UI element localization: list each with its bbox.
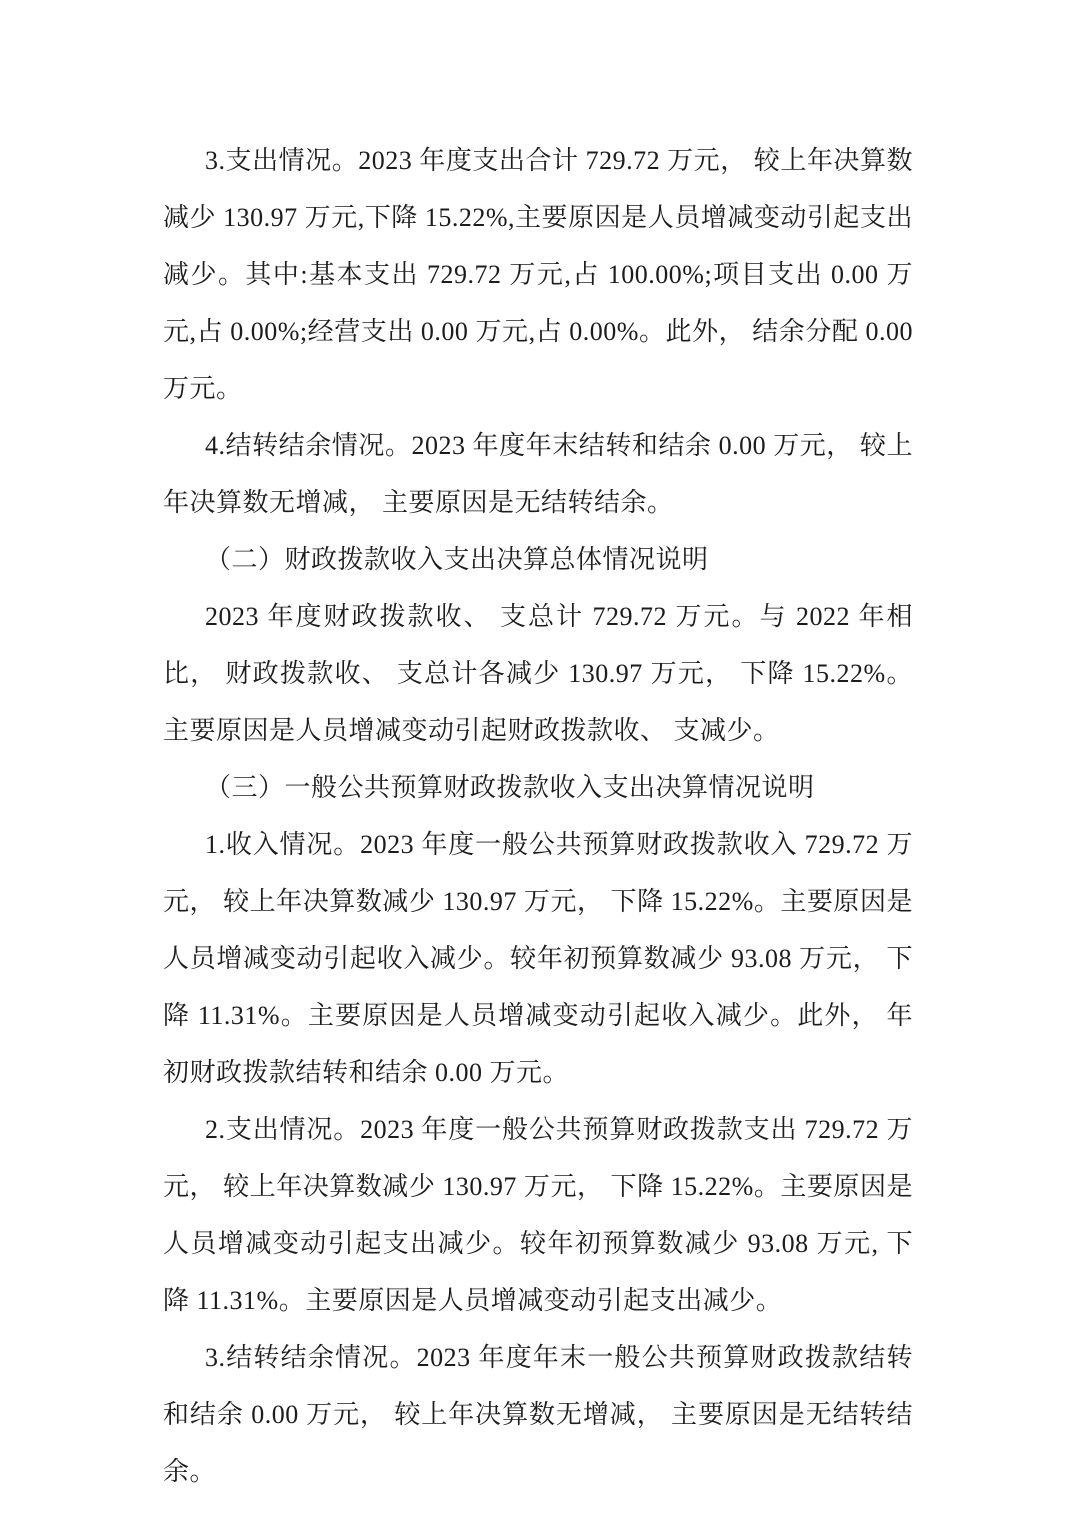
heading-section-three: （三）一般公共预算财政拨款收入支出决算情况说明	[163, 759, 913, 816]
paragraph-general-budget-expenditure: 2.支出情况。2023 年度一般公共预算财政拨款支出 729.72 万元， 较上…	[163, 1101, 913, 1329]
paragraph-carryover-overview: 4.结转结余情况。2023 年度年末结转和结余 0.00 万元， 较上年决算数无…	[163, 417, 913, 531]
paragraph-fiscal-appropriation-total: 2023 年度财政拨款收、 支总计 729.72 万元。与 2022 年相比， …	[163, 588, 913, 759]
paragraph-general-budget-income: 1.收入情况。2023 年度一般公共预算财政拨款收入 729.72 万元， 较上…	[163, 816, 913, 1101]
paragraph-general-budget-carryover: 3.结转结余情况。2023 年度年末一般公共预算财政拨款结转和结余 0.00 万…	[163, 1329, 913, 1500]
heading-section-two: （二）财政拨款收入支出决算总体情况说明	[163, 531, 913, 588]
paragraph-expenditure-overview: 3.支出情况。2023 年度支出合计 729.72 万元， 较上年决算数减少 1…	[163, 132, 913, 417]
document-page: 3.支出情况。2023 年度支出合计 729.72 万元， 较上年决算数减少 1…	[0, 0, 1074, 1520]
